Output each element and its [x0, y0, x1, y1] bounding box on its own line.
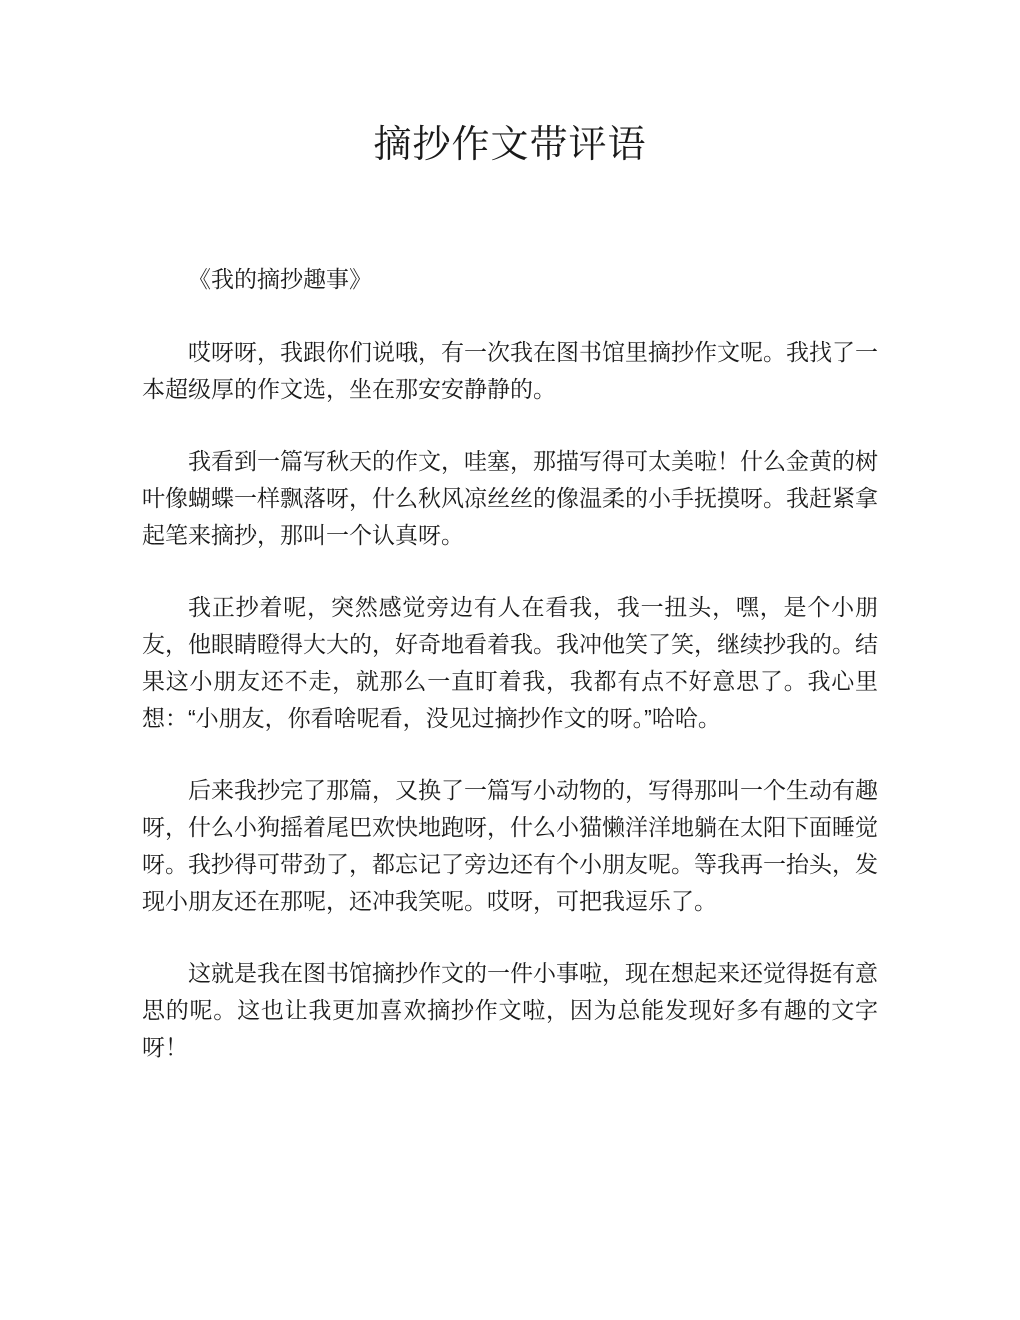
essay-paragraph-4: 后来我抄完了那篇，又换了一篇写小动物的，写得那叫一个生动有趣呀，什么小狗摇着尾巴…	[142, 772, 878, 920]
essay-title: 《我的摘抄趣事》	[142, 261, 878, 298]
essay-paragraph-5: 这就是我在图书馆摘抄作文的一件小事啦，现在想起来还觉得挺有意思的呢。这也让我更加…	[142, 955, 878, 1066]
essay-paragraph-2: 我看到一篇写秋天的作文，哇塞，那描写得可太美啦！什么金黄的树叶像蝴蝶一样飘落呀，…	[142, 443, 878, 554]
essay-paragraph-3: 我正抄着呢，突然感觉旁边有人在看我，我一扭头，嘿，是个小朋友，他眼睛瞪得大大的，…	[142, 589, 878, 737]
document-page: 摘抄作文带评语 《我的摘抄趣事》 哎呀呀，我跟你们说哦，有一次我在图书馆里摘抄作…	[0, 0, 1020, 1320]
document-title: 摘抄作文带评语	[142, 118, 878, 173]
essay-paragraph-1: 哎呀呀，我跟你们说哦，有一次我在图书馆里摘抄作文呢。我找了一本超级厚的作文选，坐…	[142, 334, 878, 408]
